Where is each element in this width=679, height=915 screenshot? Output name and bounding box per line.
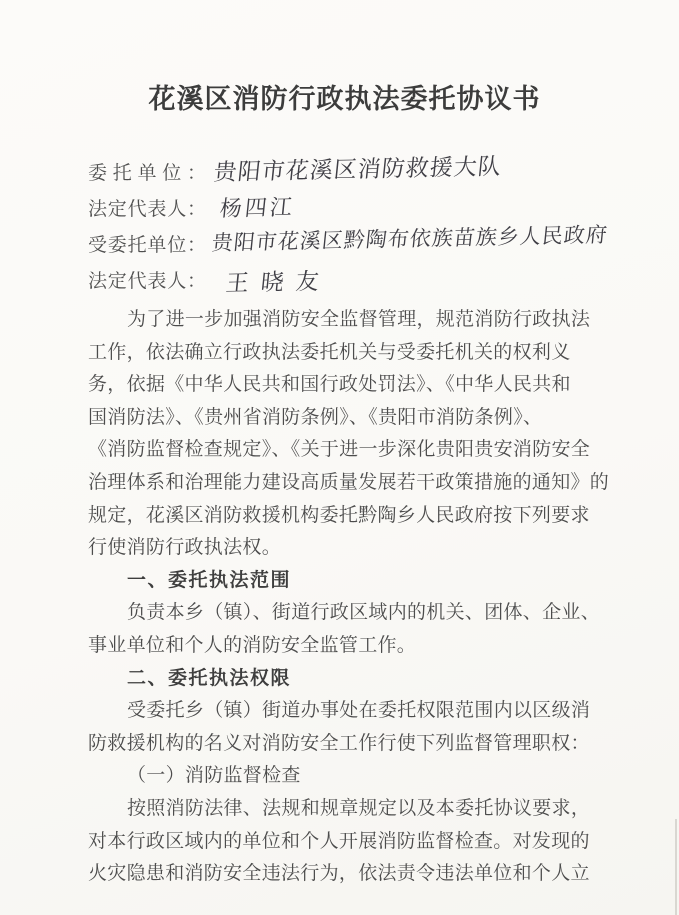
body-line: 对本行政区域内的单位和个人开展消防监督检查。对发现的 [88, 826, 601, 859]
body-line: 务，依据《中华人民共和国行政处罚法》、《中华人民共和 [88, 369, 601, 402]
body-line: 受委托乡（镇）街道办事处在委托权限范围内以区级消 [88, 695, 601, 728]
legal-representative-2-label: 法定代表人： [88, 266, 206, 293]
body-line: 治理体系和治理能力建设高质量发展若干政策措施的通知》的 [88, 467, 601, 500]
body-line: 火灾隐患和消防安全违法行为，依法责令违法单位和个人立 [88, 858, 601, 891]
section-heading-2: 二、委托执法权限 [88, 663, 601, 696]
header-fields: 委托单位：贵阳市花溪区消防救援大队 法定代表人：杨四江 受委托单位：贵阳市花溪区… [88, 158, 601, 302]
document-title: 花溪区消防行政执法委托协议书 [88, 82, 601, 116]
body-line: 规定，花溪区消防救援机构委托黔陶乡人民政府按下列要求 [88, 500, 601, 533]
field-row-legal-representative-2: 法定代表人：王晓友 [88, 266, 601, 302]
legal-representative-1-label: 法定代表人： [88, 194, 206, 221]
subsection-heading-1: （一）消防监督检查 [88, 760, 601, 793]
entrusting-unit-label: 委托单位： [88, 158, 206, 185]
scan-speck-artifact [505, 868, 508, 871]
body-line: 防救援机构的名义对消防安全工作行使下列监督管理职权： [88, 728, 601, 761]
body-line: 工作，依法确立行政执法委托机关与受委托机关的权利义 [88, 337, 601, 370]
field-row-entrusted-unit: 受委托单位：贵阳市花溪区黔陶布依族苗族乡人民政府 [88, 230, 601, 266]
scan-edge-artifact [675, 819, 677, 915]
section-heading-1: 一、委托执法范围 [88, 565, 601, 598]
document-body: 为了进一步加强消防安全监督管理，规范消防行政执法 工作，依法确立行政执法委托机关… [88, 304, 601, 891]
entrusting-unit-handwritten-value: 贵阳市花溪区消防救援大队 [212, 148, 503, 187]
body-line: 事业单位和个人的消防安全监管工作。 [88, 630, 601, 663]
entrusted-unit-label: 受委托单位： [88, 230, 206, 257]
legal-representative-1-handwritten-value: 杨四江 [218, 190, 296, 223]
body-line: 按照消防法律、法规和规章规定以及本委托协议要求， [88, 793, 601, 826]
body-line: 为了进一步加强消防安全监督管理，规范消防行政执法 [88, 304, 601, 337]
body-line: 《消防监督检查规定》、《关于进一步深化贵阳贵安消防安全 [88, 434, 601, 467]
body-line: 行使消防行政执法权。 [88, 532, 601, 565]
scanned-document-page: 花溪区消防行政执法委托协议书 委托单位：贵阳市花溪区消防救援大队 法定代表人：杨… [0, 0, 679, 915]
body-line: 负责本乡（镇）、街道行政区域内的机关、团体、企业、 [88, 597, 601, 630]
body-line: 国消防法》、《贵州省消防条例》、《贵阳市消防条例》、 [88, 402, 601, 435]
legal-representative-2-handwritten-value: 王晓友 [224, 263, 332, 298]
field-row-entrusting-unit: 委托单位：贵阳市花溪区消防救援大队 [88, 158, 601, 194]
